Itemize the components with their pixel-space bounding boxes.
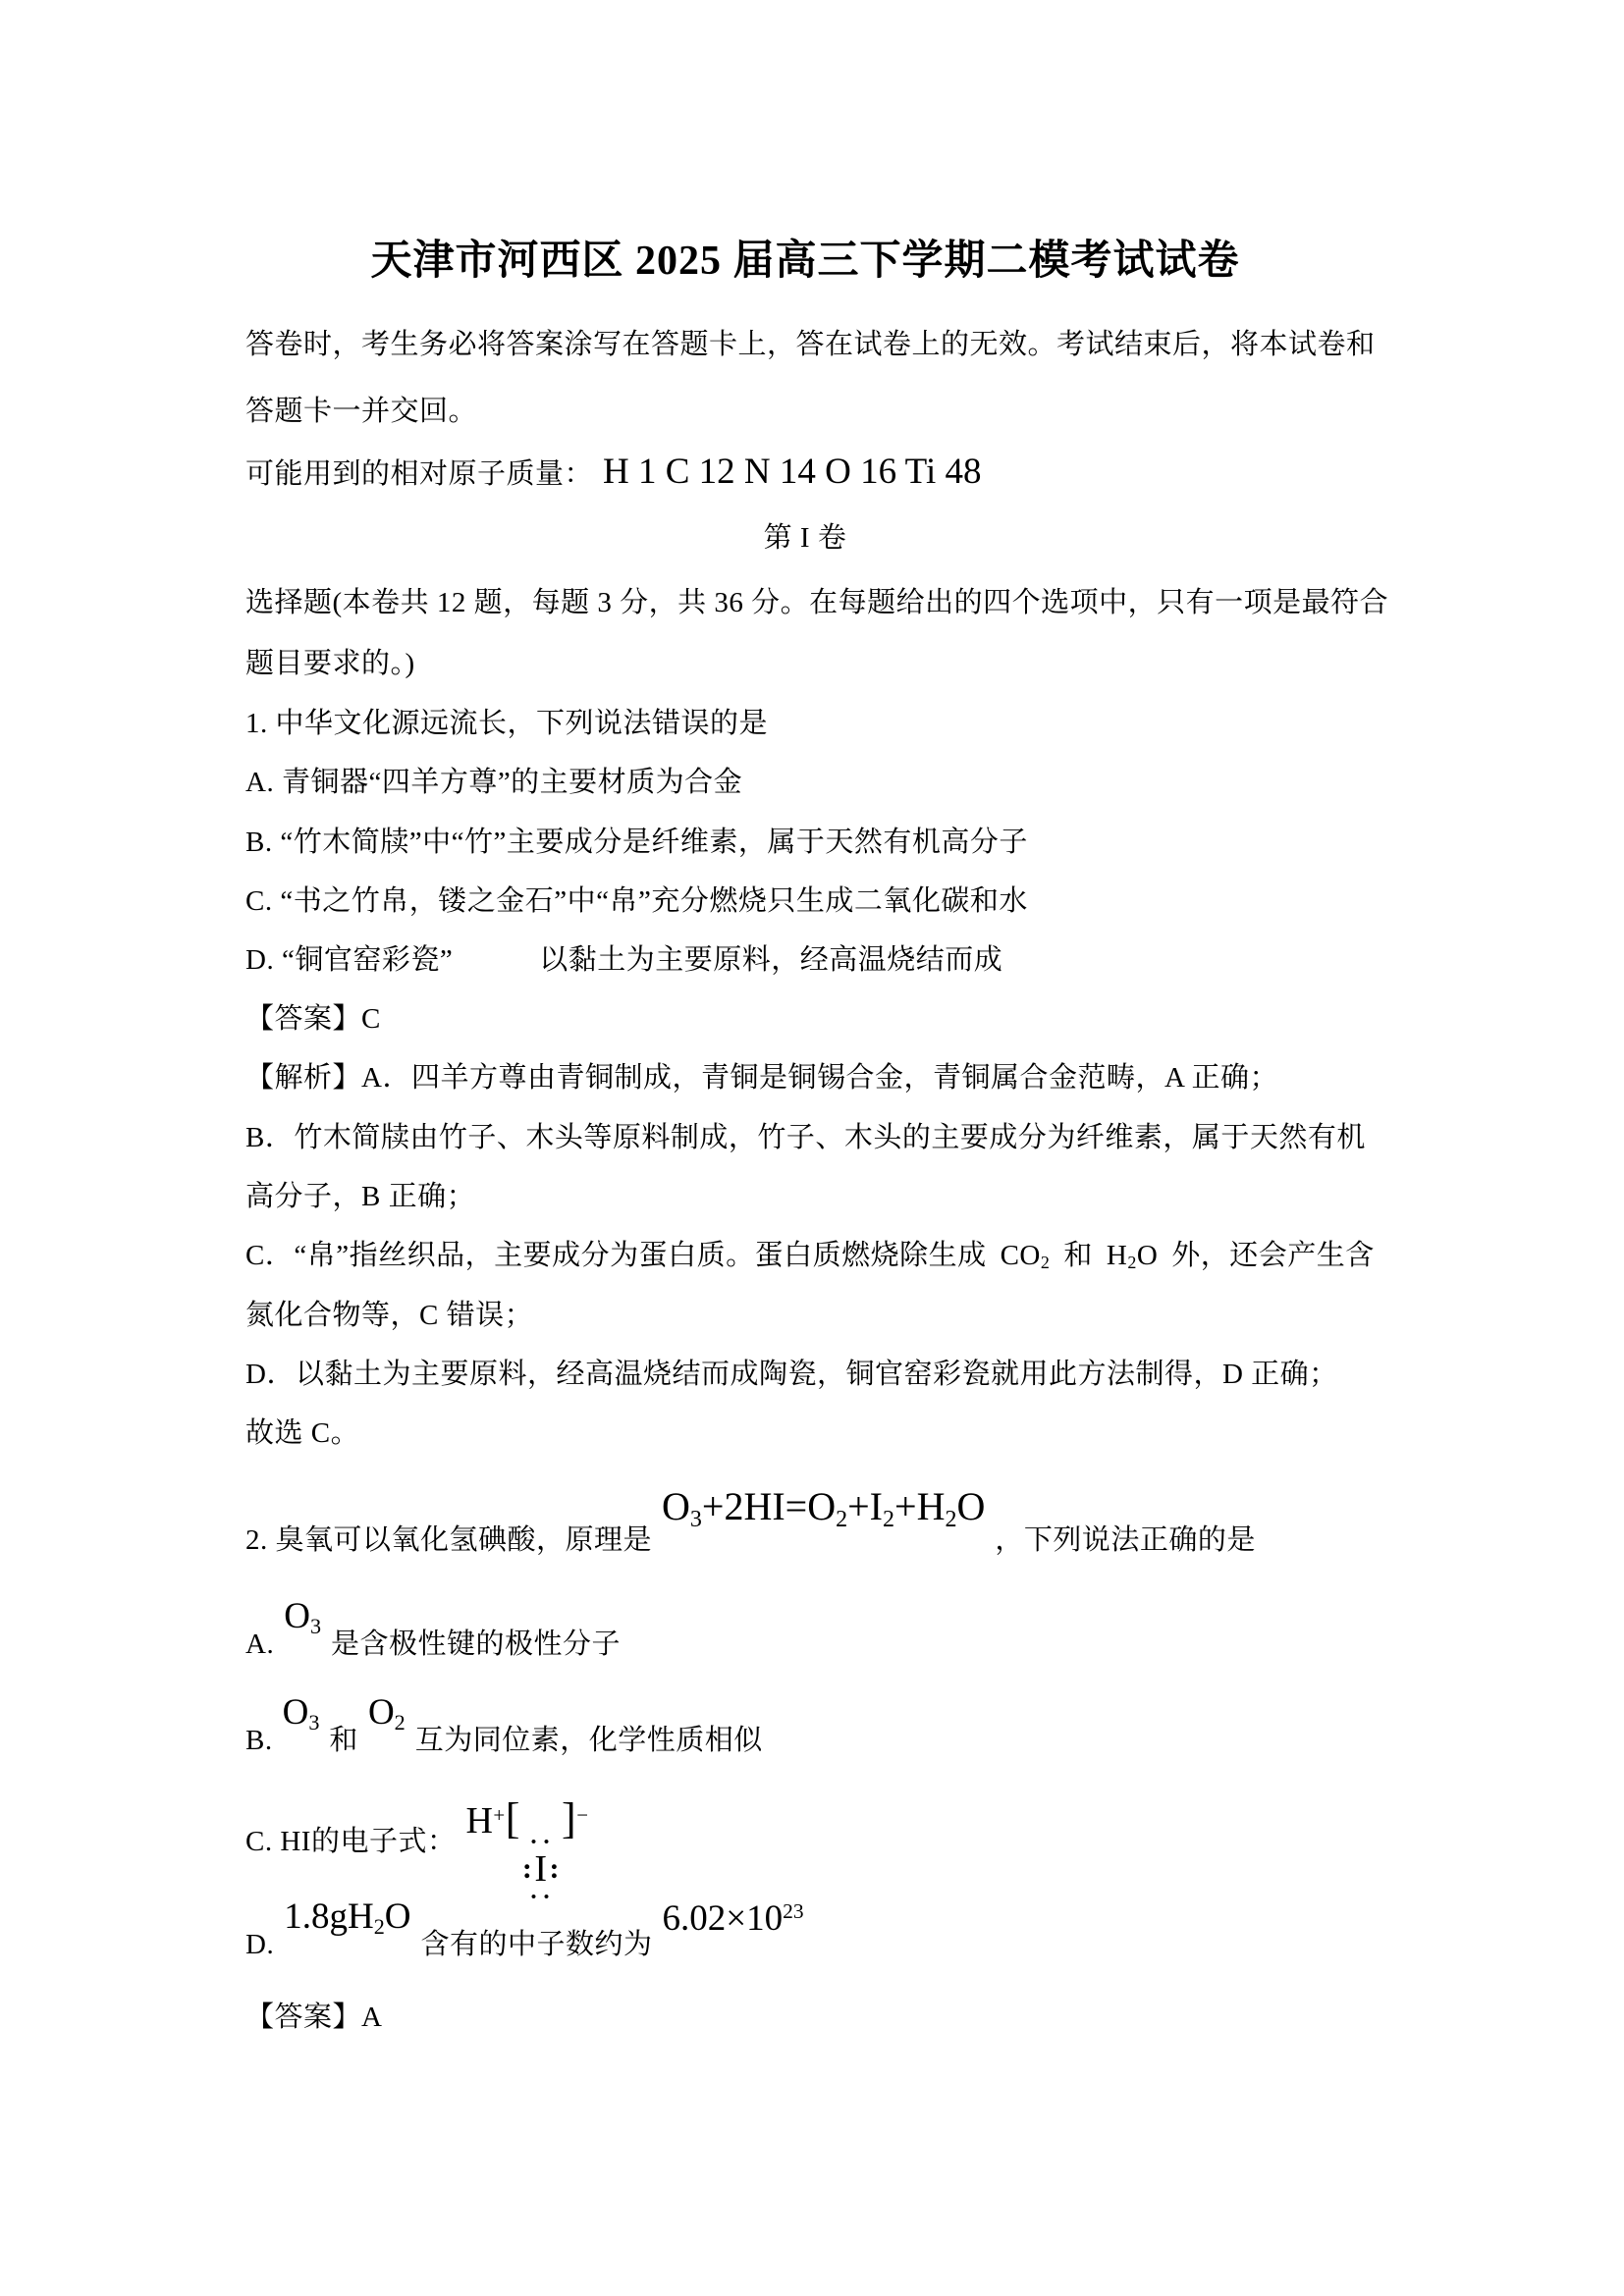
q1-answer-label: 【答案】: [245, 1003, 361, 1035]
q1-stem: 1. 中华文化源远流长，下列说法错误的是: [245, 701, 1365, 746]
q2-option-d-label: D.: [245, 1929, 274, 1960]
q1-answer-value: C: [361, 1003, 381, 1035]
q1-option-a: A. 青铜器“四羊方尊”的主要材质为合金: [245, 760, 1365, 805]
exam-title: 天津市河西区 2025 届高三下学期二模考试试卷: [245, 236, 1365, 287]
atomic-masses-line: 可能用到的相对原子质量：H 1 C 12 N 14 O 16 Ti 48: [245, 450, 1365, 497]
intro-line-1: 答卷时，考生务必将答案涂写在答题卡上，答在试卷上的无效。考试结束后，将本试卷和: [245, 322, 1365, 367]
q2-option-b-text: 互为同位素，化学性质相似: [415, 1725, 763, 1756]
q2-answer-line: 【答案】A: [245, 1995, 1365, 2040]
q2-stem-post: ，下列说法正确的是: [995, 1524, 1256, 1556]
q2-equation: O3+2HI=O2+I2+H2O: [662, 1484, 985, 1528]
q1-answer-line: 【答案】C: [245, 996, 1365, 1041]
q1-analysis-line-5: 氮化合物等，C 错误；: [245, 1293, 1365, 1338]
q1-analysis-line-6: D．以黏土为主要原料，经高温烧结而成陶瓷，铜官窑彩瓷就用此方法制得，D 正确；: [245, 1352, 1365, 1397]
q1-analysis-line-4-pre: C．“帛”指丝织品，主要成分为蛋白质。蛋白质燃烧除生成: [245, 1240, 987, 1271]
q1-analysis-line-4: C．“帛”指丝织品，主要成分为蛋白质。蛋白质燃烧除生成CO2和H2O外，还会产生…: [245, 1233, 1365, 1278]
q1-analysis-line-2: B．竹木简牍由竹子、木头等原料制成，竹子、木头的主要成分为纤维素，属于天然有机: [245, 1115, 1365, 1160]
q2-option-a-label: A.: [245, 1629, 274, 1660]
instructions-line-2: 题目要求的。): [245, 641, 1365, 686]
q2-option-b-mid: 和: [329, 1725, 358, 1756]
q1-option-c: C. “书之竹帛，镂之金石”中“帛”充分燃烧只生成二氧化碳和水: [245, 879, 1365, 924]
q1-analysis-line-4-mid: 和: [1063, 1240, 1093, 1271]
instructions-line-1: 选择题(本卷共 12 题，每题 3 分，共 36 分。在每题给出的四个选项中，只…: [245, 580, 1365, 625]
right-bracket: ]: [562, 1794, 576, 1842]
q1-analysis-line-3: 高分子，B 正确；: [245, 1174, 1365, 1219]
q1-analysis-line-1: 【解析】A．四羊方尊由青铜制成，青铜是铜锡合金，青铜属合金范畴，A 正确；: [245, 1055, 1365, 1100]
electron-dot-formula: H+[• •:I:• •]−: [465, 1800, 588, 1842]
q1-analysis-line-7: 故选 C。: [245, 1411, 1365, 1456]
exam-page: 天津市河西区 2025 届高三下学期二模考试试卷 答卷时，考生务必将答案涂写在答…: [0, 0, 1624, 2296]
q2-answer-label: 【答案】: [245, 2002, 361, 2033]
neutron-count-value: 6.02×1023: [663, 1898, 804, 1939]
q1-option-b: B. “竹木简牍”中“竹”主要成分是纤维素，属于天然有机高分子: [245, 820, 1365, 865]
oxygen-formula: O2: [368, 1692, 406, 1733]
q2-option-d-text: 含有的中子数约为: [421, 1929, 653, 1960]
electron-dots-left: :: [520, 1852, 535, 1885]
q1-option-d-post: 以黏土为主要原料，经高温烧结而成: [539, 944, 1002, 976]
hydrogen-symbol: H: [465, 1800, 493, 1842]
q2-option-b: B.O3和O2互为同位素，化学性质相似: [245, 1716, 1365, 1763]
electron-dots-right: :: [548, 1852, 563, 1885]
atomic-masses-values: H 1 C 12 N 14 O 16 Ti 48: [603, 452, 982, 492]
intro-line-2: 答题卡一并交回。: [245, 389, 1365, 434]
ozone-formula: O3: [283, 1692, 320, 1733]
q2-stem-pre: 2. 臭氧可以氧化氢碘酸，原理是: [245, 1524, 652, 1556]
q1-analysis-line-4-post: 外，还会产生含: [1171, 1240, 1375, 1271]
h2o-formula: H2O: [1107, 1240, 1158, 1271]
co2-formula: CO2: [1001, 1240, 1051, 1271]
electron-dots-bottom: • •: [531, 1892, 551, 1904]
q2-option-a-text: 是含极性键的极性分子: [331, 1629, 621, 1660]
water-mass-formula: 1.8gH2O: [284, 1896, 410, 1937]
ozone-formula: O3: [284, 1596, 321, 1636]
left-bracket: [: [506, 1794, 520, 1842]
q1-option-d-pre: D. “铜官窑彩瓷”: [245, 944, 453, 976]
q2-answer-value: A: [361, 2002, 382, 2033]
q2-option-c: C. HI的电子式：H+[• •:I:• •]−: [245, 1814, 1365, 1922]
minus-charge: −: [576, 1803, 588, 1827]
q2-option-b-label: B.: [245, 1725, 273, 1756]
q2-option-a: A.O3是含极性键的极性分子: [245, 1620, 1365, 1667]
q1-option-d: D. “铜官窑彩瓷”以黏土为主要原料，经高温烧结而成: [245, 937, 1365, 983]
atomic-masses-label: 可能用到的相对原子质量：: [245, 458, 593, 490]
q2-option-d: D.1.8gH2O含有的中子数约为6.02×1023: [245, 1920, 1365, 1967]
hi-formula: HI: [280, 1826, 311, 1857]
q2-option-c-label: C.: [245, 1826, 273, 1857]
q2-option-c-text: 的电子式：: [311, 1826, 457, 1857]
section-heading: 第 I 卷: [245, 515, 1365, 561]
iodine-symbol: I: [534, 1848, 547, 1890]
plus-charge: +: [493, 1803, 505, 1827]
iodine-with-dots: • •:I:• •: [520, 1837, 562, 1904]
q2-stem: 2. 臭氧可以氧化氢碘酸，原理是O3+2HI=O2+I2+H2O，下列说法正确的…: [245, 1514, 1365, 1563]
